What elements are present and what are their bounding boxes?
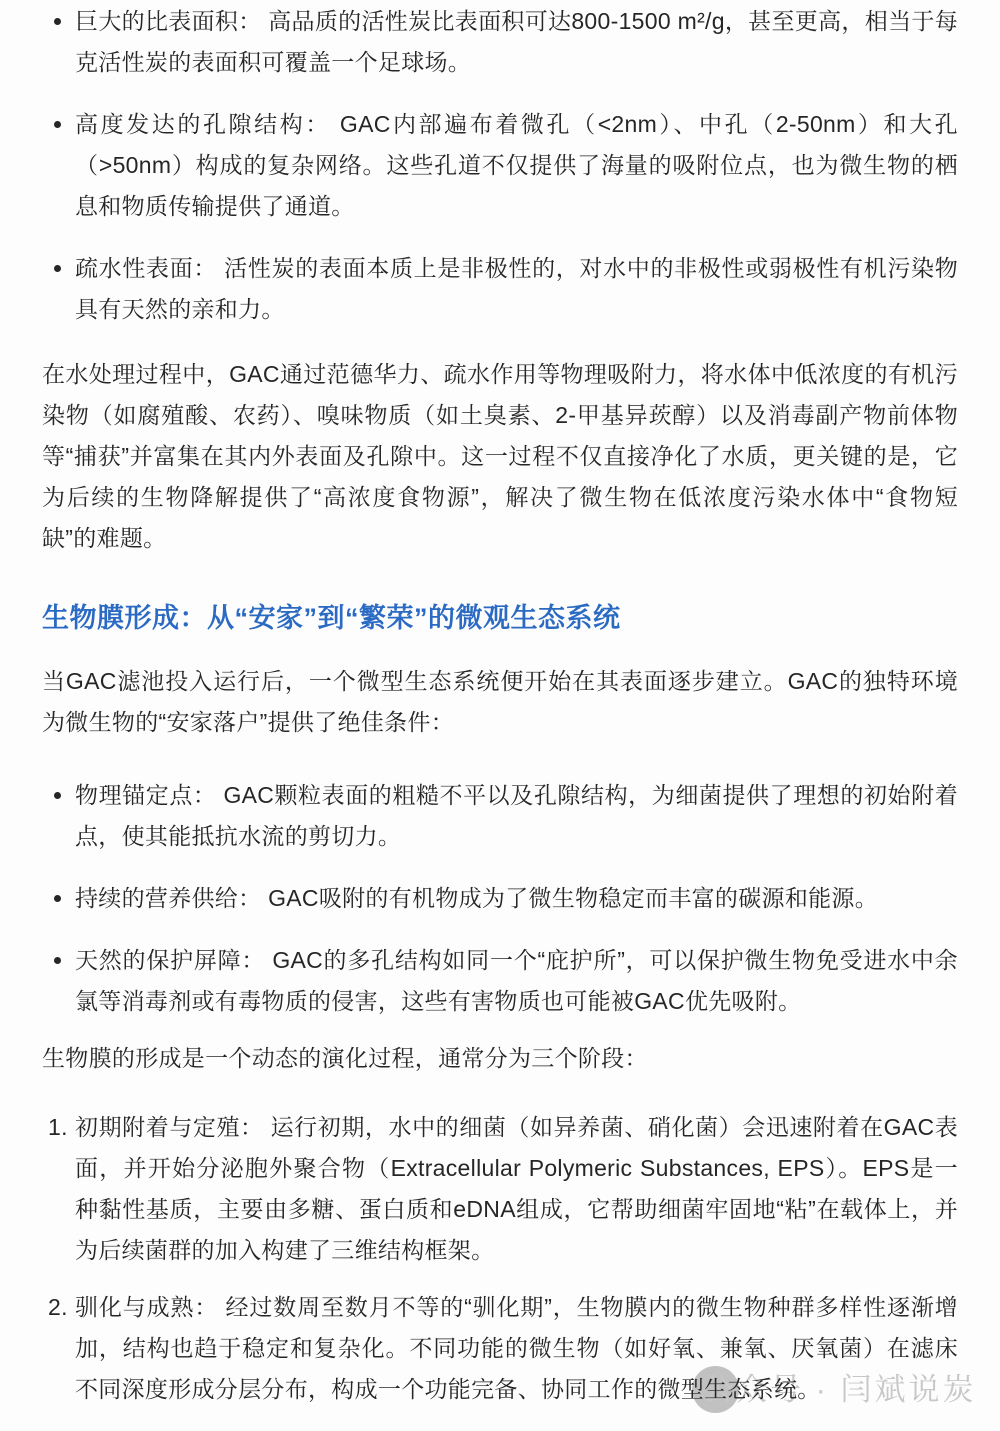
- bullet-icon: [54, 957, 61, 964]
- bullet-icon: [54, 792, 61, 799]
- bullet-text: 疏水性表面： 活性炭的表面本质上是非极性的，对水中的非极性或弱极性有机污染物具有…: [75, 255, 958, 322]
- paragraph-adsorption-process: 在水处理过程中，GAC通过范德华力、疏水作用等物理吸附力，将水体中低浓度的有机污…: [42, 354, 958, 559]
- list-item: 疏水性表面： 活性炭的表面本质上是非极性的，对水中的非极性或弱极性有机污染物具有…: [42, 248, 958, 330]
- section-heading-biofilm: 生物膜形成：从“安家”到“繁荣”的微观生态系统: [42, 595, 958, 641]
- list-number: 2.: [48, 1287, 68, 1328]
- bullet-icon: [54, 121, 61, 128]
- list-item: 1. 初期附着与定殖： 运行初期，水中的细菌（如异养菌、硝化菌）会迅速附着在GA…: [42, 1107, 958, 1271]
- list-item-text: 驯化与成熟： 经过数周至数月不等的“驯化期”，生物膜内的微生物种群多样性逐渐增加…: [75, 1294, 958, 1402]
- list-item: 2. 驯化与成熟： 经过数周至数月不等的“驯化期”，生物膜内的微生物种群多样性逐…: [42, 1287, 958, 1410]
- biofilm-condition-list: 物理锚定点： GAC颗粒表面的粗糙不平以及孔隙结构，为细菌提供了理想的初始附着点…: [42, 775, 958, 1022]
- list-item: 物理锚定点： GAC颗粒表面的粗糙不平以及孔隙结构，为细菌提供了理想的初始附着点…: [42, 775, 958, 857]
- bullet-text: 巨大的比表面积： 高品质的活性炭比表面积可达800-1500 m²/g，甚至更高…: [75, 8, 958, 75]
- bullet-text: 物理锚定点： GAC颗粒表面的粗糙不平以及孔隙结构，为细菌提供了理想的初始附着点…: [75, 782, 958, 849]
- list-number: 1.: [48, 1107, 68, 1148]
- bullet-text: 持续的营养供给： GAC吸附的有机物成为了微生物稳定而丰富的碳源和能源。: [75, 885, 878, 911]
- paragraph-biofilm-stages-intro: 生物膜的形成是一个动态的演化过程，通常分为三个阶段：: [42, 1038, 958, 1079]
- bullet-icon: [54, 265, 61, 272]
- list-item: 巨大的比表面积： 高品质的活性炭比表面积可达800-1500 m²/g，甚至更高…: [42, 1, 958, 83]
- bullet-text: 天然的保护屏障： GAC的多孔结构如同一个“庇护所”，可以保护微生物免受进水中余…: [75, 947, 958, 1014]
- biofilm-stage-list: 1. 初期附着与定殖： 运行初期，水中的细菌（如异养菌、硝化菌）会迅速附着在GA…: [42, 1107, 958, 1410]
- list-item: 天然的保护屏障： GAC的多孔结构如同一个“庇护所”，可以保护微生物免受进水中余…: [42, 940, 958, 1022]
- bullet-icon: [54, 18, 61, 25]
- list-item: 高度发达的孔隙结构： GAC内部遍布着微孔（<2nm）、中孔（2-50nm）和大…: [42, 104, 958, 227]
- gac-property-list: 巨大的比表面积： 高品质的活性炭比表面积可达800-1500 m²/g，甚至更高…: [42, 1, 958, 330]
- list-item-text: 初期附着与定殖： 运行初期，水中的细菌（如异养菌、硝化菌）会迅速附着在GAC表面…: [75, 1114, 958, 1263]
- bullet-icon: [54, 895, 61, 902]
- paragraph-biofilm-intro: 当GAC滤池投入运行后，一个微型生态系统便开始在其表面逐步建立。GAC的独特环境…: [42, 661, 958, 743]
- bullet-text: 高度发达的孔隙结构： GAC内部遍布着微孔（<2nm）、中孔（2-50nm）和大…: [75, 111, 958, 219]
- list-item: 持续的营养供给： GAC吸附的有机物成为了微生物稳定而丰富的碳源和能源。: [42, 878, 958, 919]
- article-page: 巨大的比表面积： 高品质的活性炭比表面积可达800-1500 m²/g，甚至更高…: [0, 0, 1000, 1410]
